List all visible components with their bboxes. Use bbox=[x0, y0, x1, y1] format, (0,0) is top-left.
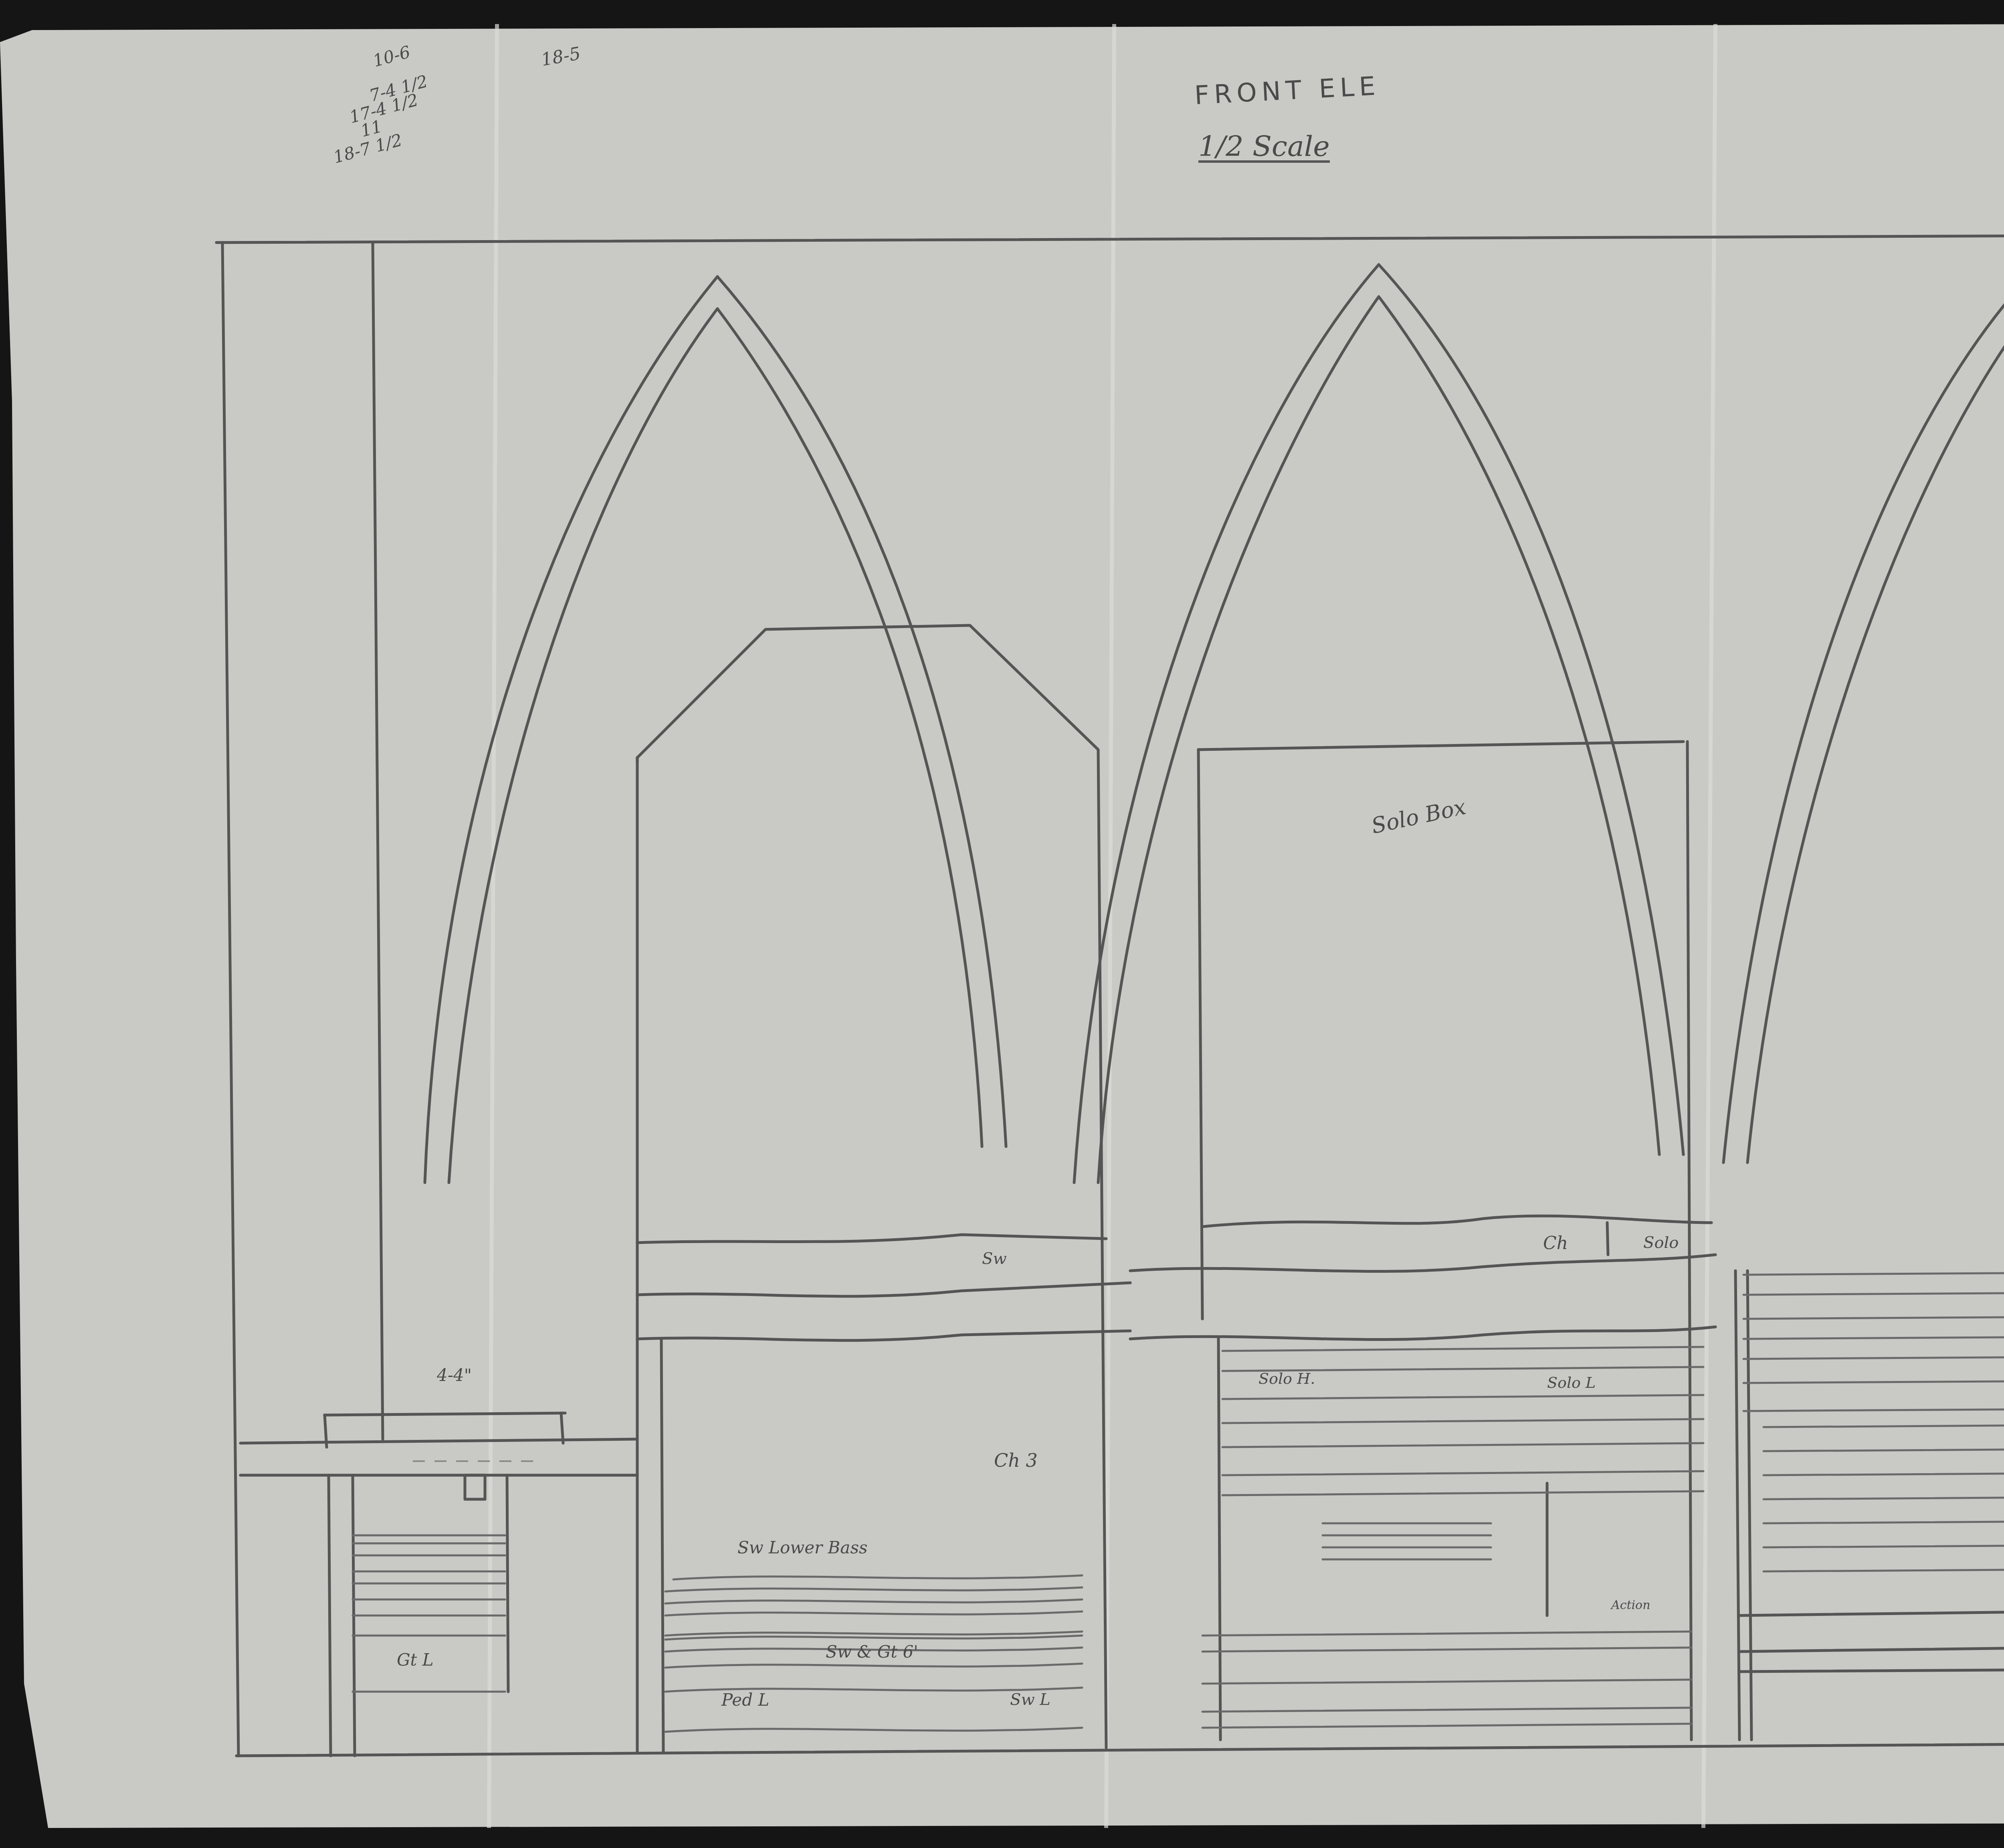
label-ped-l: Ped L bbox=[721, 1692, 769, 1708]
label-choir-small: Ch 3 bbox=[994, 1451, 1038, 1470]
label-sw-lower-bass: Sw Lower Bass bbox=[737, 1539, 868, 1556]
drawing-sheet: FRONT ELE 1/2 Scale 10-6 7-4 1/2 17-4 1/… bbox=[0, 0, 2004, 1848]
label-sw-top: Sw bbox=[982, 1251, 1007, 1267]
label-solo-h: Solo H. bbox=[1259, 1371, 1315, 1386]
label-solo-l: Solo L bbox=[1547, 1375, 1596, 1390]
elevation-drawing bbox=[0, 0, 2004, 1848]
label-dim-4-4: 4-4" bbox=[437, 1367, 472, 1384]
label-sw-gt-6: Sw & Gt 6' bbox=[826, 1644, 918, 1660]
label-sw-l: Sw L bbox=[1010, 1692, 1050, 1708]
label-solo: Solo bbox=[1643, 1235, 1679, 1251]
drawing-scale: 1/2 Scale bbox=[1198, 132, 1330, 163]
label-gt-l: Gt L bbox=[397, 1652, 434, 1668]
label-action: Action bbox=[1611, 1599, 1650, 1611]
label-ch: Ch bbox=[1543, 1235, 1568, 1252]
